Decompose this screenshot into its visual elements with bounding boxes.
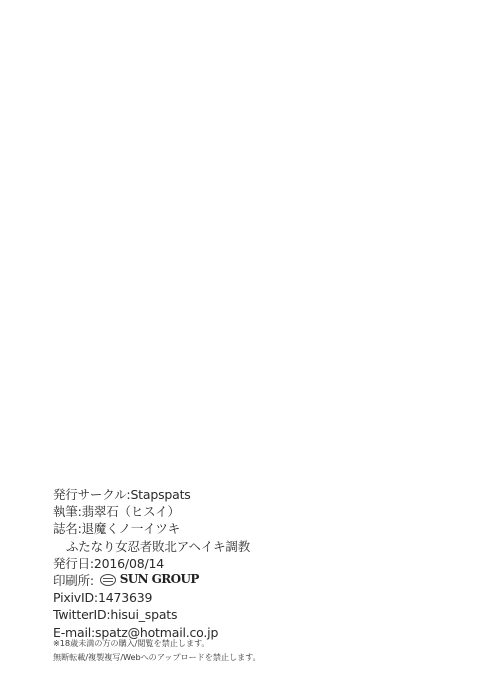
pixiv-line: PixivID:1473639: [53, 589, 250, 606]
printer-name: SUN GROUP: [120, 573, 199, 585]
printer-line: 印刷所: SUN GROUP: [53, 572, 250, 589]
colophon: 発行サークル:Stapspats 執筆:翡翠石（ヒスイ） 誌名:退魔くノ一イツキ…: [53, 486, 250, 641]
author-line: 執筆:翡翠石（ヒスイ）: [53, 503, 250, 520]
subtitle-line: ふたなり女忍者敗北アヘイキ調教: [53, 538, 250, 555]
date-line: 発行日:2016/08/14: [53, 555, 250, 572]
author-label: 執筆:: [53, 504, 82, 519]
twitter-id: hisui_spats: [110, 607, 177, 622]
circle-label: 発行サークル:: [53, 487, 130, 502]
logo-text-wrap: SUN GROUP: [120, 573, 199, 588]
twitter-label: TwitterID:: [53, 607, 110, 622]
twitter-line: TwitterID:hisui_spats: [53, 606, 250, 623]
circle-name: Stapspats: [130, 487, 190, 502]
sun-group-logo-icon: [100, 574, 116, 586]
book-title: 退魔くノ一イツキ: [82, 521, 180, 536]
circle-line: 発行サークル:Stapspats: [53, 486, 250, 503]
date-label: 発行日:: [53, 556, 94, 571]
publish-date: 2016/08/14: [94, 556, 164, 571]
logo-tagline-decoration: [120, 585, 121, 588]
pixiv-id: 1473639: [98, 590, 152, 605]
author-name: 翡翠石（ヒスイ）: [82, 504, 180, 519]
pixiv-label: PixivID:: [53, 590, 98, 605]
age-restriction-notice: ※18歳未満の方の購入/閲覧を禁止します。: [53, 636, 261, 650]
title-label: 誌名:: [53, 521, 82, 536]
copyright-notice: 無断転載/複製複写/Webへのアップロードを禁止します。: [53, 650, 261, 664]
printer-label: 印刷所:: [53, 573, 94, 588]
legal-notice: ※18歳未満の方の購入/閲覧を禁止します。 無断転載/複製複写/Webへのアップ…: [53, 636, 261, 664]
book-subtitle: ふたなり女忍者敗北アヘイキ調教: [66, 539, 250, 554]
sun-group-logo: SUN GROUP: [100, 573, 199, 588]
title-line: 誌名:退魔くノ一イツキ: [53, 520, 250, 537]
